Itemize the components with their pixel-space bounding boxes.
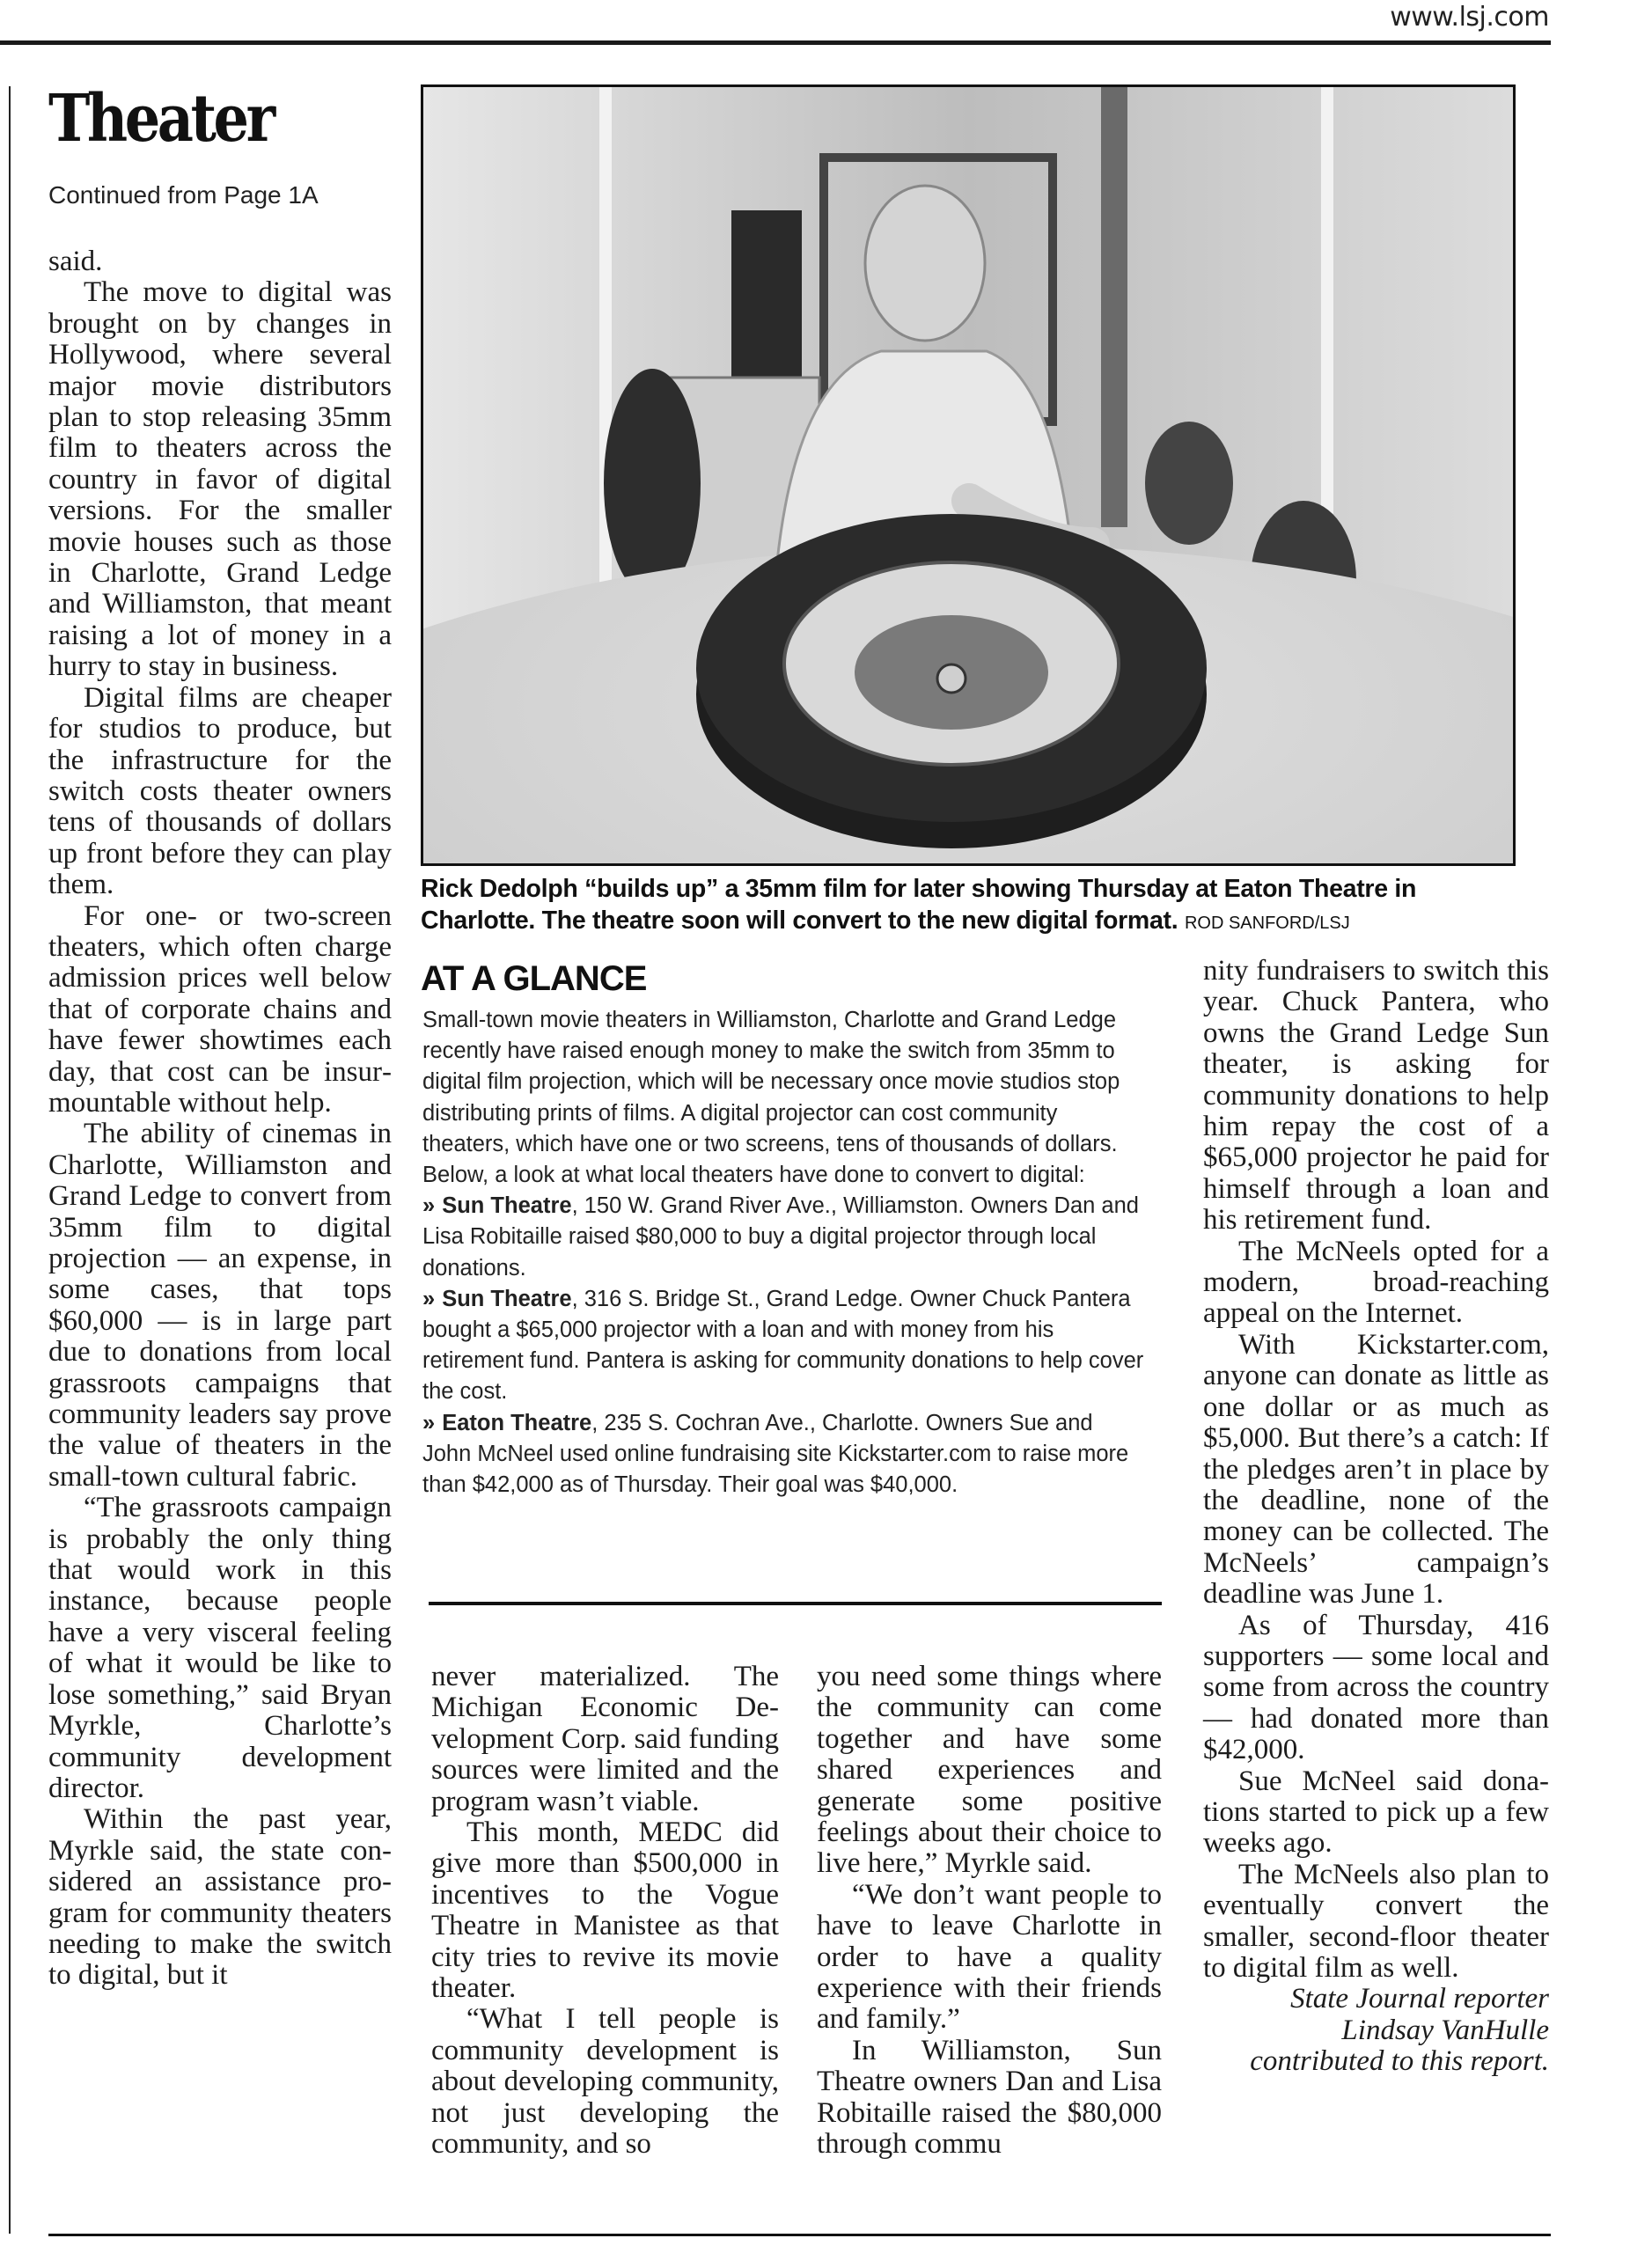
bullet-chevron-icon: »	[422, 1193, 435, 1218]
paragraph: The McNeels also plan to eventually conv…	[1203, 1860, 1549, 1985]
paragraph: you need some things where the community…	[817, 1662, 1162, 1880]
article-column-middle-a: never materialized. The Michigan Economi…	[431, 1662, 779, 2161]
paragraph: With Kickstarter.com, anyone can donate …	[1203, 1330, 1549, 1611]
paragraph: The move to digital was brought on by ch…	[48, 277, 392, 682]
at-a-glance-intro: Small-town movie theaters in Williamston…	[422, 1005, 1144, 1191]
at-a-glance-item: »Eaton Theatre, 235 S. Cochran Ave., Cha…	[422, 1408, 1144, 1501]
theater-name: Sun Theatre	[442, 1193, 571, 1218]
bullet-chevron-icon: »	[422, 1411, 435, 1435]
at-a-glance-item: »Sun Theatre, 150 W. Grand River Ave., W…	[422, 1191, 1144, 1284]
paragraph: Within the past year, Myrkle said, the s…	[48, 1804, 392, 1991]
paragraph: The McNeels opted for a modern, broad-re…	[1203, 1237, 1549, 1330]
theater-name: Sun Theatre	[442, 1287, 571, 1311]
bullet-chevron-icon: »	[422, 1287, 435, 1311]
at-a-glance-body: Small-town movie theaters in Williamston…	[422, 1005, 1144, 1501]
at-a-glance-item: »Sun Theatre, 316 S. Bridge St., Grand L…	[422, 1284, 1144, 1408]
paragraph: This month, MEDC did give more than $500…	[431, 1817, 779, 2004]
paragraph: never materialized. The Michigan Economi…	[431, 1662, 779, 1817]
paragraph: “What I tell people is community develop…	[431, 2004, 779, 2160]
paragraph: In Williamston, Sun Theatre owners Dan a…	[817, 2036, 1162, 2161]
left-column-rule	[9, 86, 11, 2234]
at-a-glance-title: AT A GLANCE	[421, 959, 646, 999]
paragraph: Sue McNeel said dona­tions started to pi…	[1203, 1766, 1549, 1860]
film-platter-photo-icon	[423, 87, 1513, 863]
photo-caption: Rick Dedolph “builds up” a 35mm film for…	[421, 873, 1530, 939]
top-rule	[0, 40, 1551, 45]
at-a-glance-bottom-rule	[429, 1602, 1162, 1605]
paragraph: nity fundraisers to switch this year. Ch…	[1203, 956, 1549, 1237]
paragraph: As of Thursday, 416 supporters — some lo…	[1203, 1611, 1549, 1766]
article-column-right: nity fundraisers to switch this year. Ch…	[1203, 956, 1549, 2078]
bottom-rule	[48, 2234, 1551, 2236]
continued-from-label: Continued from Page 1A	[48, 181, 319, 209]
paragraph: For one- or two-screen theaters, which o…	[48, 901, 392, 1119]
contributor-note: State Journal reporter Lindsay VanHulle …	[1203, 1984, 1549, 2077]
site-url: www.lsj.com	[1390, 2, 1549, 33]
theater-name: Eaton Theatre	[442, 1411, 591, 1435]
paragraph: “The grassroots cam­paign is probably th…	[48, 1493, 392, 1804]
paragraph: The ability of cinemas in Charlotte, Wil…	[48, 1119, 392, 1493]
paragraph: “We don’t want people to have to leave C…	[817, 1880, 1162, 2036]
news-photo	[421, 84, 1516, 866]
paragraph: said.	[48, 246, 392, 277]
article-headline: Theater	[48, 81, 273, 157]
article-column-left: said. The move to digital was brought on…	[48, 246, 392, 1992]
article-column-middle-b: you need some things where the community…	[817, 1662, 1162, 2161]
paragraph: Digital films are cheaper for studios to…	[48, 683, 392, 901]
photo-credit: ROD SANFORD/LSJ	[1185, 914, 1350, 933]
